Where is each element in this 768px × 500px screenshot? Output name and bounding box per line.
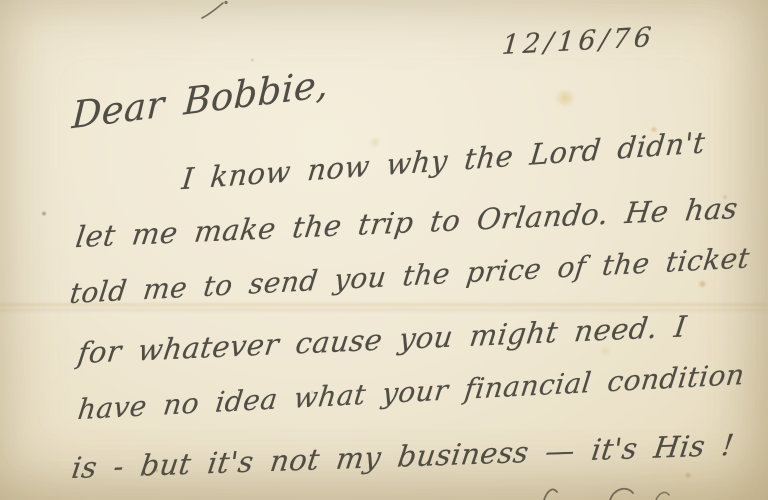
- letter-photo: 12/16/76 Dear Bobbie, I know now why the…: [0, 0, 768, 500]
- foxing-spot: [250, 58, 255, 62]
- letter-body-line-6: is - but it's not my business — it's His…: [70, 428, 737, 485]
- letter-greeting: Dear Bobbie,: [71, 62, 330, 137]
- letter-body-line-2: let me make the trip to Orlando. He has: [74, 191, 740, 254]
- letter-paper: 12/16/76 Dear Bobbie, I know now why the…: [0, 0, 768, 500]
- stain: [598, 346, 613, 356]
- letter-body-line-5: have no idea what your financial conditi…: [76, 358, 747, 426]
- stain: [552, 90, 578, 106]
- letter-body-line-4: for whatever cause you might need. I: [76, 309, 689, 370]
- stray-pen-mark-icon: [200, 0, 240, 20]
- letter-body-line-3: told me to send you the price of the tic…: [68, 241, 752, 310]
- stain: [368, 138, 382, 147]
- foxing-spot: [684, 472, 692, 479]
- letter-date: 12/16/76: [501, 22, 657, 61]
- foxing-spot: [698, 280, 707, 288]
- cutoff-line-strokes: [538, 484, 678, 500]
- foxing-spot: [41, 211, 47, 216]
- letter-body-line-1: I know now why the Lord didn't: [180, 125, 707, 196]
